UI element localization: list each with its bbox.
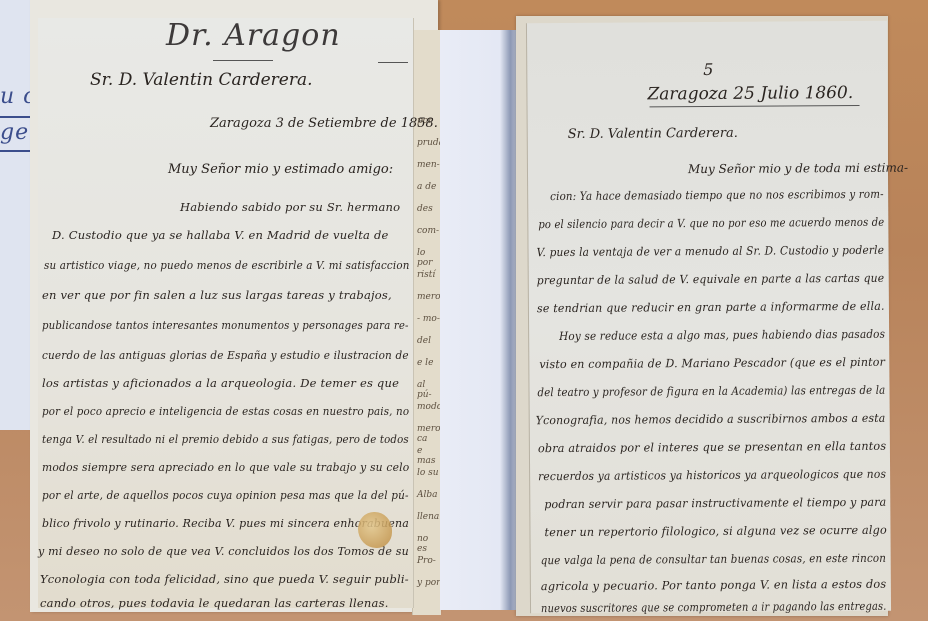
- letter-line: modos siempre sera apreciado en lo que v…: [42, 460, 409, 474]
- letter-line: nuevos suscritores que se comprometen a …: [541, 599, 887, 615]
- margin-fragment: lo su: [417, 468, 439, 478]
- margin-fragment: Pro-: [417, 556, 436, 566]
- letter-line: su artistico viage, no puedo menos de es…: [44, 258, 410, 272]
- letter-header: Dr. Aragon: [166, 18, 341, 53]
- letter-line: Yconografia, nos hemos decidido a suscri…: [536, 411, 886, 427]
- letter-line: obra atraidos por el interes que se pres…: [538, 439, 886, 455]
- letter-line: recuerdos ya artisticos ya historicos ya…: [538, 467, 886, 483]
- addressee: Sr. D. Valentin Carderera.: [90, 70, 313, 90]
- margin-fragment: men-: [417, 160, 440, 170]
- margin-fragment: com-: [417, 226, 439, 236]
- letter-line: del teatro y profesor de figura en la Ac…: [537, 383, 885, 399]
- right-letter-1860: 5 Zaragoza 25 Julio 1860. Sr. D. Valenti…: [526, 21, 891, 614]
- margin-fragment: ristí: [417, 270, 435, 280]
- margin-fragment: a de: [417, 182, 436, 192]
- letter-line: los artistas y aficionados a la arqueolo…: [42, 376, 399, 390]
- letter-line: podran servir para pasar instructivament…: [544, 495, 886, 511]
- letter-line: por el poco aprecio e inteligencia de es…: [42, 404, 409, 418]
- letter-line: agricola y pecuario. Por tanto ponga V. …: [541, 577, 887, 593]
- letter-line: se tendrian que reducir en gran parte a …: [537, 299, 885, 315]
- margin-fragment: des: [417, 204, 433, 214]
- addressee: Sr. D. Valentin Carderera.: [568, 126, 738, 142]
- letter-line: tener un repertorio filologico, si algun…: [544, 523, 886, 539]
- date-underline: [650, 105, 860, 107]
- letter-line: cando otros, pues todavia le quedaran la…: [40, 596, 389, 610]
- letter-line: publicandose tantos interesantes monumen…: [42, 318, 409, 332]
- letter-line: Hoy se reduce esta a algo mas, pues habi…: [559, 327, 885, 343]
- letter-line: cuerdo de las antiguas glorias de España…: [42, 348, 409, 362]
- letter-line: po el silencio para decir a V. que no po…: [538, 215, 884, 231]
- letter-line: D. Custodio que ya se hallaba V. en Madr…: [52, 228, 389, 242]
- margin-fragment: e mas: [417, 446, 441, 466]
- letter-line: que valga la pena de consultar tan buena…: [541, 551, 886, 567]
- margin-fragment: mero ca: [417, 424, 441, 444]
- letter-line: V. pues la ventaja de ver a menudo al Sr…: [536, 243, 884, 259]
- date-line: Zaragoza 25 Julio 1860.: [647, 83, 853, 104]
- white-folder-divider: [440, 30, 520, 610]
- margin-fragment: - mo-: [417, 314, 440, 324]
- left-letter-1858: Dr. Aragon Sr. D. Valentin Carderera. Za…: [38, 18, 414, 608]
- letter-line: y mi deseo no solo de que vea V. conclui…: [38, 544, 409, 558]
- letter-line: en ver que por fin salen a luz sus larga…: [42, 288, 392, 302]
- margin-fragment: llena: [417, 512, 439, 522]
- letter-line: blico frivolo y rutinario. Reciba V. pue…: [42, 516, 409, 530]
- margin-fragment: Alba: [417, 490, 438, 500]
- salutation: Muy Señor mio y de toda mi estima-: [688, 161, 908, 177]
- page-mark: 5: [703, 60, 713, 79]
- margin-fragment: al pú-: [417, 380, 441, 400]
- letter-line: visto en compañia de D. Mariano Pescador…: [539, 355, 885, 371]
- margin-fragment: y por: [417, 578, 440, 588]
- margin-fragment: lo por: [417, 248, 441, 268]
- date-line: Zaragoza 3 de Setiembre de 1858.: [210, 116, 438, 131]
- salutation: Muy Señor mio y estimado amigo:: [168, 162, 393, 177]
- letter-line: preguntar de la salud de V. equivale en …: [537, 271, 885, 287]
- margin-fragment: no es: [417, 534, 441, 554]
- letter-line: cion: Ya hace demasiado tiempo que no no…: [550, 187, 884, 203]
- letter-line: Habiendo sabido por su Sr. hermano: [180, 200, 400, 214]
- paper-stain: [358, 512, 392, 548]
- letter-line: por el arte, de aquellos pocos cuya opin…: [42, 488, 409, 502]
- letter-line: tenga V. el resultado ni el premio debid…: [42, 432, 409, 446]
- margin-fragment: e le: [417, 358, 433, 368]
- header-underline: [213, 60, 273, 61]
- margin-fragment: del: [417, 336, 431, 346]
- letter-line: Yconologia con toda felicidad, sino que …: [40, 572, 409, 586]
- header-underline: [378, 62, 408, 63]
